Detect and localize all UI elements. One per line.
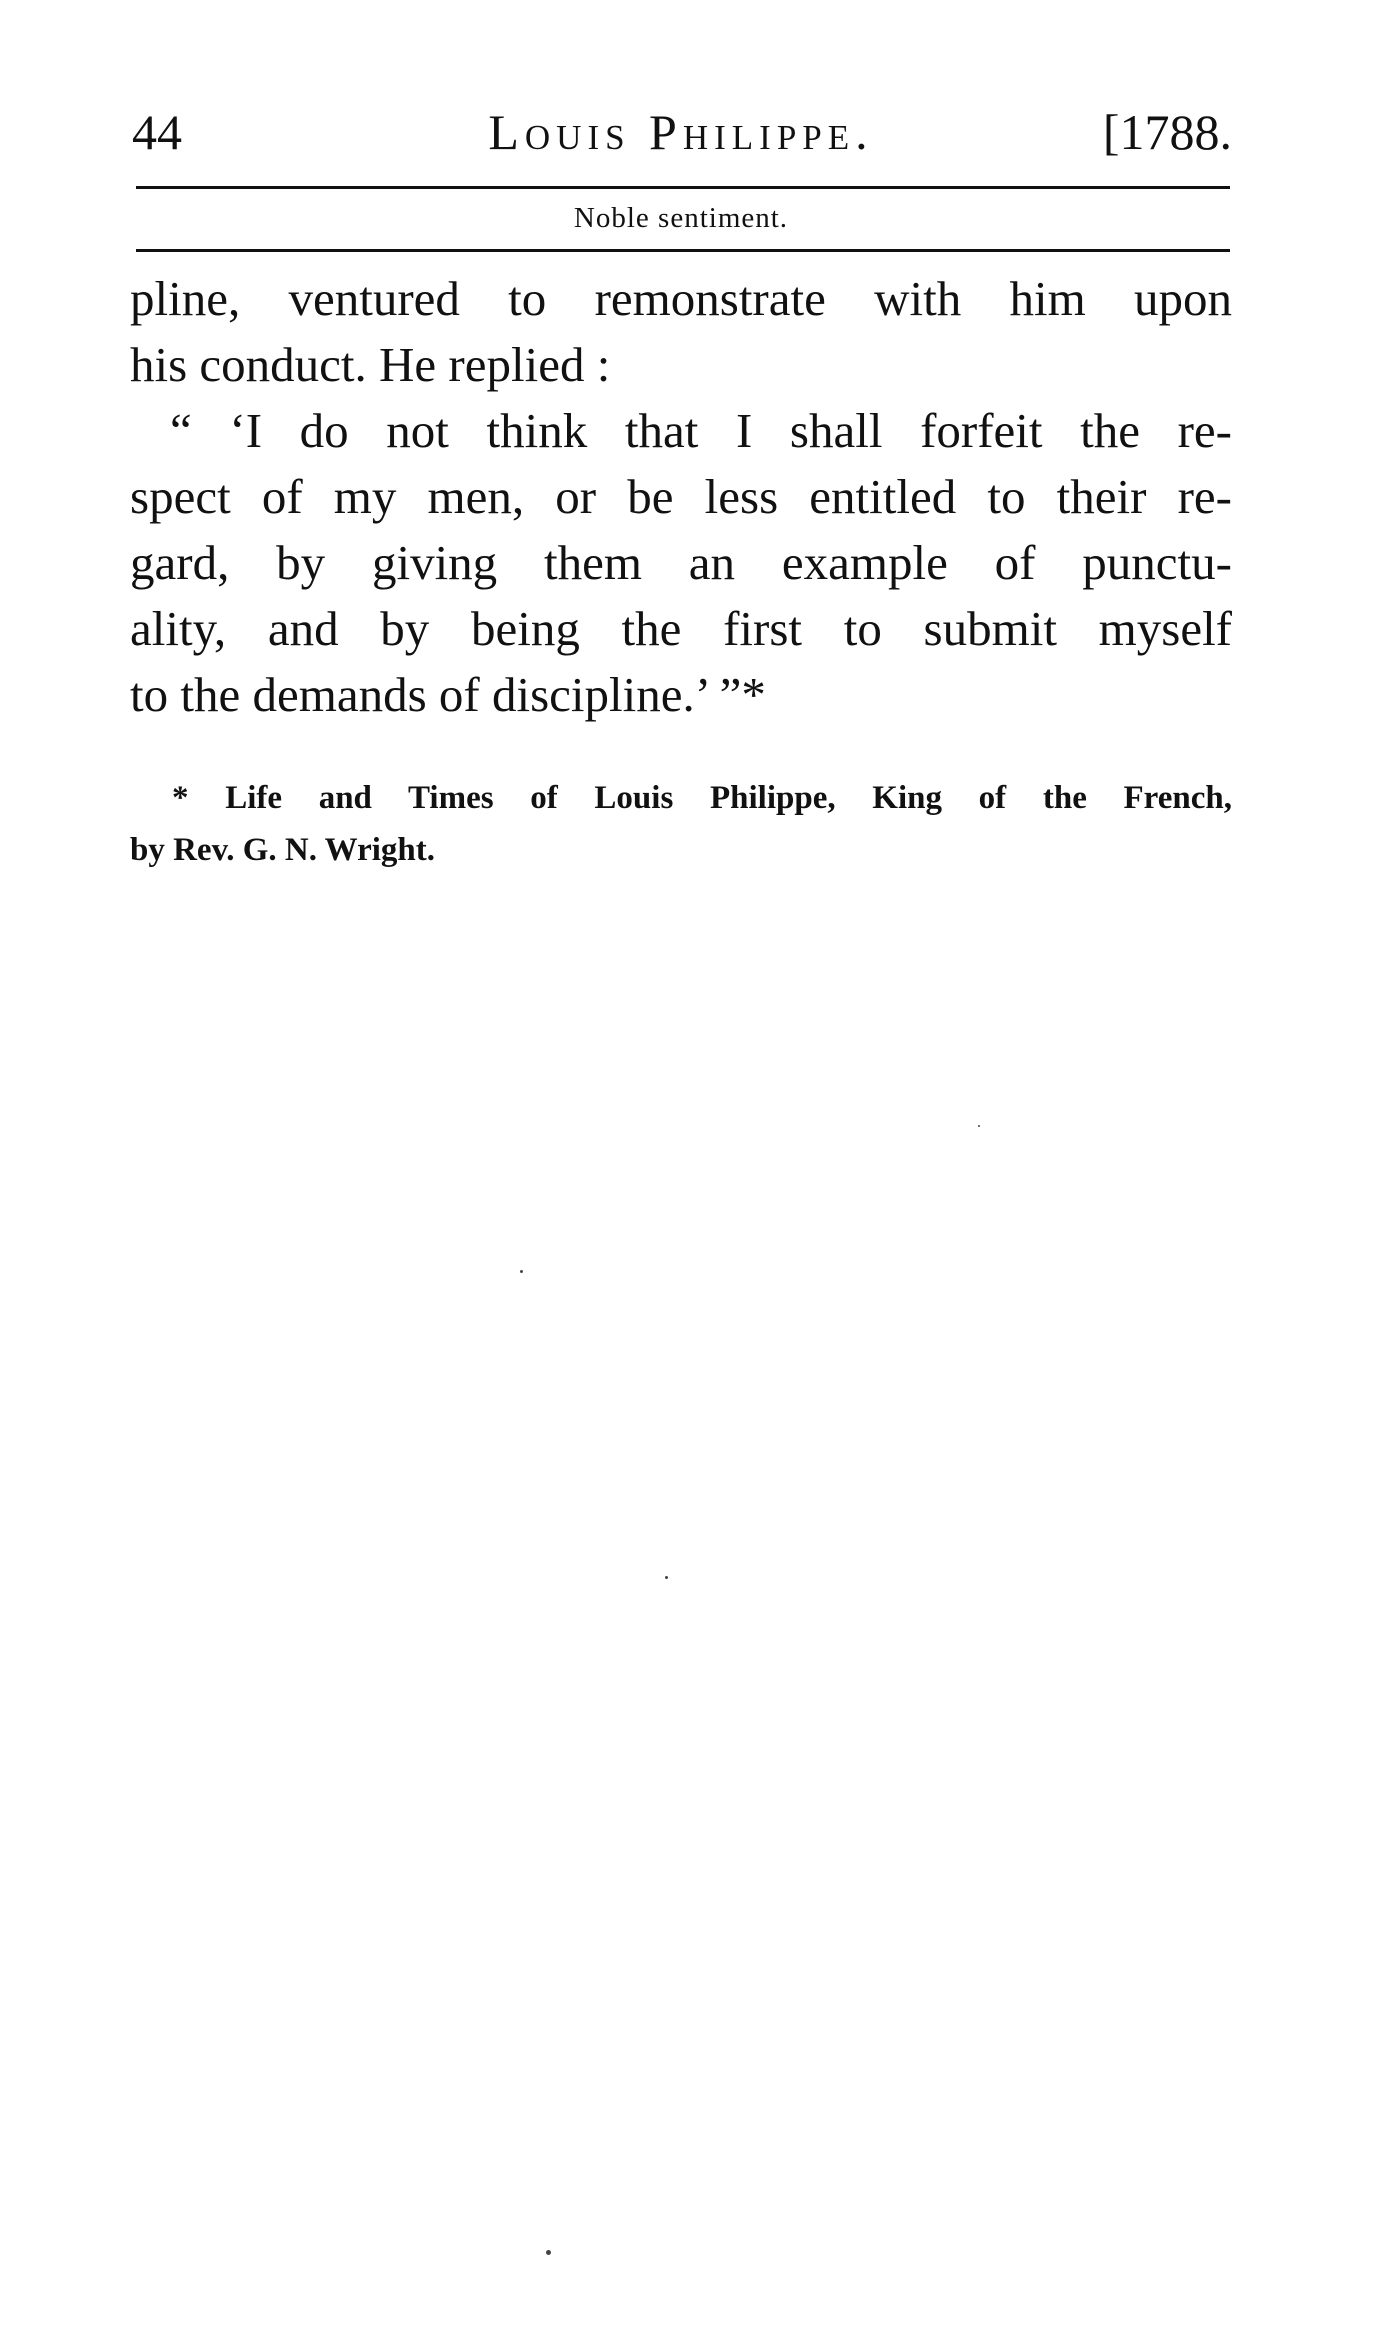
book-page: 44 Louis Philippe. [1788. Noble sentimen… — [0, 0, 1381, 2337]
footnote: * Life and Times of Louis Philippe, King… — [130, 772, 1232, 876]
header-rule-bottom — [136, 249, 1230, 252]
body-line: ality, and by being the first to submit … — [130, 596, 1232, 662]
body-line: “ ‘I do not think that I shall forfeit t… — [130, 398, 1232, 464]
body-line: gard, by giving them an example of punct… — [130, 530, 1232, 596]
scan-speck — [665, 1576, 668, 1579]
body-text: pline, ventured to remonstrate with him … — [130, 266, 1232, 728]
body-line: pline, ventured to remonstrate with him … — [130, 266, 1232, 332]
footnote-line: * Life and Times of Louis Philippe, King… — [130, 772, 1232, 824]
scan-speck — [978, 1125, 980, 1127]
header-rule-top — [136, 186, 1230, 189]
section-subhead: Noble sentiment. — [130, 200, 1232, 236]
scan-speck — [546, 2250, 551, 2255]
body-line: his conduct. He replied : — [130, 332, 1232, 398]
running-head-title: Louis Philippe. — [130, 104, 1232, 160]
footnote-line: by Rev. G. N. Wright. — [130, 824, 1232, 876]
running-head: 44 Louis Philippe. [1788. — [130, 104, 1232, 160]
body-line: to the demands of discipline.’ ”* — [130, 662, 1232, 728]
scan-speck — [520, 1270, 523, 1273]
running-head-year: [1788. — [1103, 104, 1232, 160]
body-line: spect of my men, or be less entitled to … — [130, 464, 1232, 530]
